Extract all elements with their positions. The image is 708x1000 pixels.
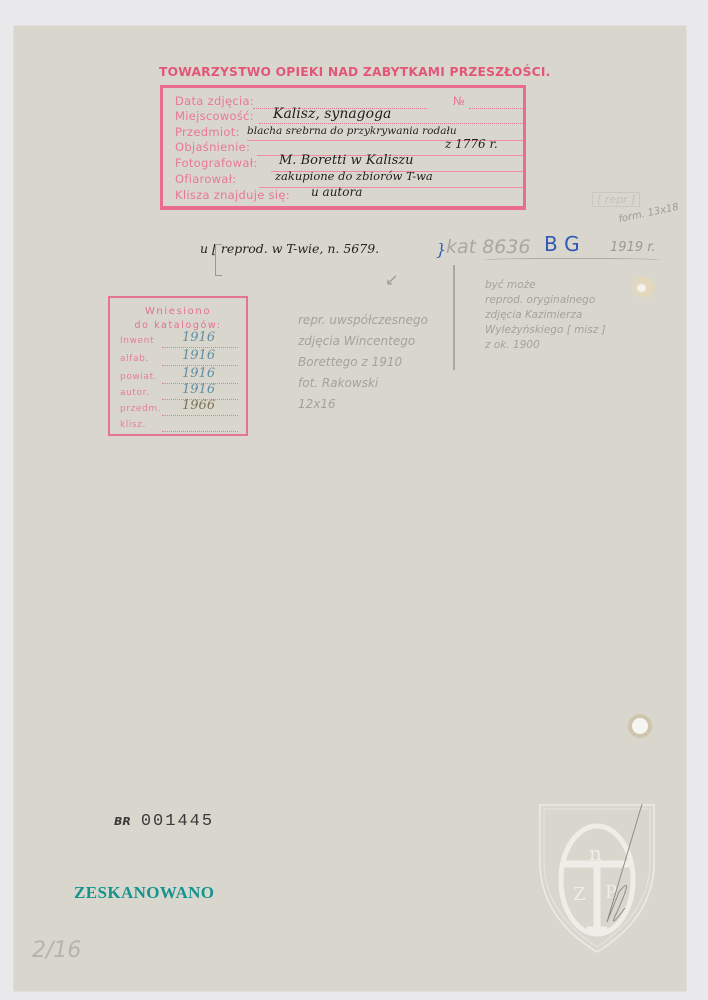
scanned-stamp: ZESKANOWANO: [74, 883, 214, 903]
catalogue-number: kat 8636: [446, 236, 531, 258]
field-location: Miejscowość: Kalisz, synagoga: [175, 109, 523, 125]
row-alphabetical: alfab.1916: [120, 354, 238, 368]
pencil-vertical-line: [453, 265, 455, 370]
society-stamp-title: TOWARZYSTWO OPIEKI NAD ZABYTKAMI PRZESZŁ…: [159, 65, 551, 79]
catalogue-code: B G: [544, 232, 580, 256]
inventory-number: BR001445: [114, 812, 214, 831]
number-label: №: [453, 94, 465, 108]
right-pencil-note: być może reprod. oryginalnego zdjęcia Ka…: [485, 278, 606, 353]
side-bracket-note: [ repr ]: [592, 192, 640, 207]
row-inventory: Inwent1916: [120, 336, 238, 350]
photo-record-stamp: Data zdjęcia: № Miejscowość: Kalisz, syn…: [160, 85, 526, 210]
row-subject: przedm.1966: [120, 404, 238, 418]
center-pencil-note: repr. uwspółczesnego zdjęcia Wincentego …: [298, 310, 428, 415]
row-negative: klisz.: [120, 420, 238, 434]
paper-tear: [633, 277, 655, 297]
catalogue-entry-stamp: Wniesiono do katalogów: Inwent1916 alfab…: [108, 296, 248, 436]
bottom-pencil-mark: 2/16: [32, 938, 81, 963]
svg-text:n: n: [589, 841, 602, 865]
svg-text:Z: Z: [573, 884, 586, 905]
pencil-bracket: [215, 244, 222, 276]
year-note: 1919 r.: [610, 240, 656, 255]
field-negative-location: Klisza znajduje się: u autora: [175, 188, 523, 204]
pencil-arrow: ↙: [385, 270, 398, 289]
embossed-monogram-icon: n Z P: [537, 802, 657, 954]
row-county: powiat.1916: [120, 372, 238, 386]
punch-hole: [632, 718, 648, 734]
reproduction-note: u [ reprod. w T-wie, n. 5679.: [200, 241, 379, 256]
row-author: autor.1916: [120, 388, 238, 402]
blue-brace-mark: }: [436, 240, 446, 259]
pencil-underline: [483, 258, 661, 263]
